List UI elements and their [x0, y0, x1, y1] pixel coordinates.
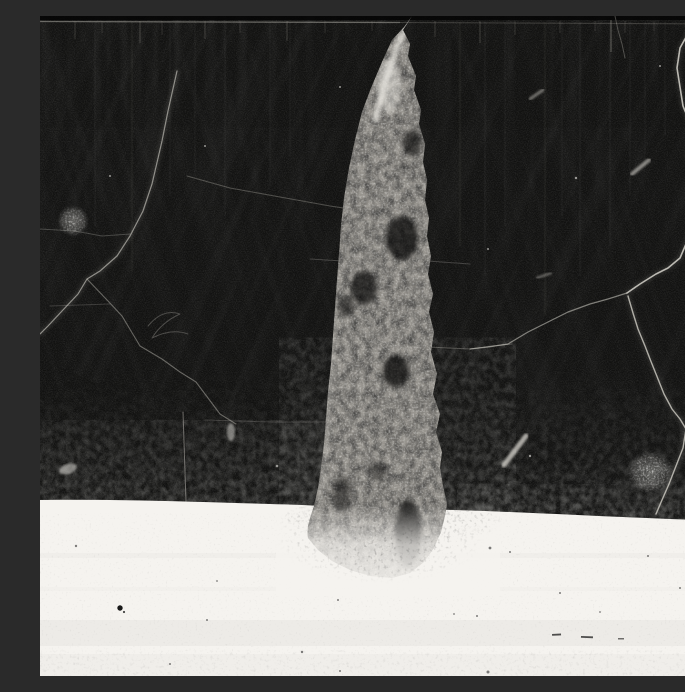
photograph: A tall pale granular column, tapering to… [40, 16, 685, 676]
wall-mottle-left [40, 424, 310, 504]
bright-mark-low-left [227, 423, 235, 441]
ground-grain-bottom [40, 652, 685, 676]
column-debris [272, 486, 506, 586]
black-dot [117, 605, 122, 610]
column-foam [377, 59, 401, 113]
smudge-blob [54, 202, 94, 242]
speckled-patch [624, 449, 676, 495]
photo-canvas [40, 16, 685, 676]
top-edge-black-band [40, 16, 685, 20]
